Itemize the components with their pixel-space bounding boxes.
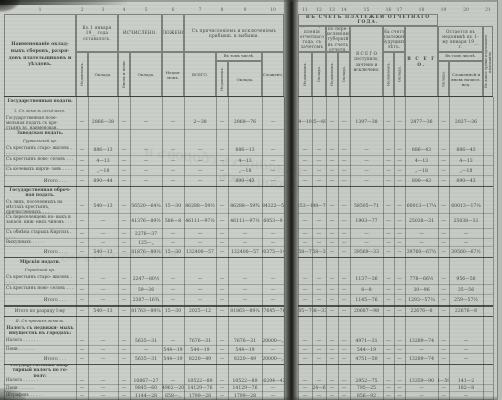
- table-cell: 1903—77: [350, 214, 383, 229]
- column-number: 12: [312, 7, 326, 13]
- row-label: Съ лицъ, поселенныхъ на мѣстахъ крестьян…: [4, 199, 76, 214]
- column-number: 17: [394, 7, 405, 13]
- table-cell: 60013—17¼: [405, 199, 438, 214]
- column-number: 13: [326, 7, 338, 13]
- header-sub-label: Недоимокъ.: [298, 52, 312, 97]
- table-cell: 586—8: [162, 214, 184, 229]
- column-number: 8: [216, 7, 228, 13]
- column-number: 1: [4, 7, 76, 13]
- table-cell: 25—60: [312, 115, 326, 130]
- table-cell: 2—38: [184, 115, 216, 130]
- header-sub-label: Вновь и пени.: [118, 52, 130, 97]
- table-cell: 60013—17¼: [449, 199, 483, 214]
- header-sub-label: Недоимокъ.: [383, 52, 394, 97]
- header-note: Въ томъ числѣ.: [438, 52, 483, 61]
- table-cell: —: [76, 199, 88, 214]
- table-cell: —: [88, 214, 118, 229]
- row-rule: [298, 306, 493, 307]
- binding-strip: [283, 0, 299, 400]
- header-sub-label: Недоимокъ.: [326, 52, 338, 97]
- table-cell: —: [76, 115, 88, 130]
- header-group-label: Исключено по пере- численіямъ губерній в…: [326, 26, 350, 52]
- table-cell: —: [394, 199, 405, 214]
- right-page-banner: ВЪ СЧЕТЪ ПЛАТЕЖЕЙ ОТЧЕТНАГО ГОДА.: [298, 14, 438, 26]
- column-number: 21: [483, 7, 493, 13]
- column-line: [493, 97, 494, 400]
- table-cell: 15—30: [162, 199, 184, 214]
- header-group-label: Остается въ недоимкѣ къ 1-му января 19__…: [438, 26, 483, 52]
- table-cell: 25038—31: [449, 214, 483, 229]
- row-rule: [298, 364, 493, 365]
- row-label: Государственный квар- тирный налогъ по г…: [4, 365, 76, 377]
- table-cell: —: [76, 214, 88, 229]
- table-cell: —: [162, 115, 184, 130]
- header-group-label: Поступило до насту- пленія отчетнаго год…: [298, 26, 326, 52]
- header-sub-label: Сложенной и вновь начисл. нед.: [449, 61, 483, 97]
- table-cell: [483, 214, 493, 229]
- header-sub-label: Оклада.: [228, 61, 262, 97]
- table-cell: 46111—97½: [184, 214, 216, 229]
- table-cell: —: [118, 199, 130, 214]
- table-cell: —: [216, 115, 228, 130]
- column-number: 5: [130, 7, 162, 13]
- table-cell: 2827—36: [449, 115, 483, 130]
- table-cell: [483, 115, 493, 130]
- row-label: Съ переселенцевъ но- выхъ и запасн. ниж-…: [4, 214, 76, 229]
- column-number: 20: [449, 7, 483, 13]
- header-sub-label: Оклада.: [438, 61, 449, 97]
- row-label: Государственная позе- мельная подать съ …: [4, 115, 76, 130]
- row-label: Государственныя подати.: [4, 97, 76, 107]
- table-cell: —: [438, 115, 449, 130]
- column-number: 6: [162, 7, 184, 13]
- row-label: I. Съ земель осѣдлыхъ.: [4, 107, 76, 115]
- table-cell: —: [216, 214, 228, 229]
- column-number: 9: [228, 7, 262, 13]
- column-number: 3: [88, 7, 118, 13]
- table-cell: —: [383, 199, 394, 214]
- table-cell: 6053—9: [262, 214, 284, 229]
- table-cell: 86288—59½: [184, 199, 216, 214]
- table-cell: —: [216, 199, 228, 214]
- header-group-label: Въ какіе сроки подлежитъ взысканію.: [483, 26, 493, 97]
- table-cell: —: [298, 214, 312, 229]
- table-cell: —: [118, 115, 130, 130]
- row-label: Мірскія подати.: [4, 258, 76, 267]
- table-cell: —: [326, 199, 338, 214]
- row-label: Налогъ съ недвижи- мыхъ имуществъ въ гор…: [4, 325, 76, 337]
- header-group-label: Съ причисленіемъ и исключеніемъ прибывш.…: [184, 14, 284, 52]
- table-cell: —: [326, 214, 338, 229]
- row-rule: [298, 129, 493, 130]
- table-cell: —: [394, 115, 405, 130]
- row-label: Городской кр.: [4, 267, 76, 274]
- header-sub-label: Оклада.: [312, 52, 326, 97]
- table-cell: 298—76: [312, 199, 326, 214]
- column-number: 7: [184, 7, 216, 13]
- table-cell: 84322—5: [262, 199, 284, 214]
- table-cell: 41376—89½: [130, 214, 162, 229]
- header-group-label: В С Е Г О поступило, зачтено и исключено…: [350, 26, 383, 97]
- table-cell: —: [383, 214, 394, 229]
- table-cell: —: [338, 199, 350, 214]
- header-sub-label: ВСЕГО.: [184, 52, 216, 97]
- header-sub-label: Оклада.: [88, 52, 118, 97]
- table-cell: —: [262, 115, 284, 130]
- header-sub-label: Сложено.: [262, 52, 284, 97]
- column-number: 19: [438, 7, 449, 13]
- header-rule: [4, 96, 284, 97]
- table-cell: —: [394, 214, 405, 229]
- column-number: 2: [76, 7, 88, 13]
- table-cell: [483, 199, 493, 214]
- scanned-ledger-spread: окладныхъ сборовъ и недоимокъ по Ташкент…: [0, 0, 502, 400]
- header-group-label: В С Е Г О.: [405, 26, 438, 97]
- column-number: 14: [338, 7, 350, 13]
- table-cell: 56520—64¼: [130, 199, 162, 214]
- table-cell: 25038—31: [405, 214, 438, 229]
- table-cell: 540—13: [88, 199, 118, 214]
- header-group-label: СЛОЖЕНО.: [162, 14, 184, 52]
- row-rule: [298, 257, 493, 258]
- table-cell: —: [438, 214, 449, 229]
- header-group-label: На счетъ платежей будущихъ лѣтъ.: [383, 26, 405, 52]
- column-number: 10: [262, 7, 284, 13]
- table-cell: —: [383, 115, 394, 130]
- column-number: 16: [383, 7, 394, 13]
- table-cell: —: [438, 199, 449, 214]
- table-cell: —: [130, 115, 162, 130]
- table-cell: 4—10: [298, 115, 312, 130]
- table-cell: 58505—71: [350, 199, 383, 214]
- table-cell: —: [338, 115, 350, 130]
- header-sub-label: Недои- мокъ.: [162, 52, 184, 97]
- header-group-label: ИСЧИСЛЕНО.: [118, 14, 162, 52]
- header-note: Въ томъ числѣ.: [216, 52, 262, 61]
- table-cell: —: [118, 214, 130, 229]
- row-label: Государственная оброч- ная подать.: [4, 187, 76, 199]
- table-cell: 1397—38: [350, 115, 383, 130]
- header-sub-label: Оклада.: [394, 52, 405, 97]
- column-number: 11: [298, 7, 312, 13]
- table-cell: 86288—59¾: [228, 199, 262, 214]
- table-cell: 46111—97½: [228, 214, 262, 229]
- row-label: Гурнальскій кр.: [4, 138, 76, 145]
- column-number: 18: [405, 7, 438, 13]
- row-label: II. Съ прочихъ земель.: [4, 317, 76, 325]
- header-sub-label: Недоимокъ.: [76, 52, 88, 97]
- table-cell: 2877—36: [405, 115, 438, 130]
- column-number: 15: [350, 7, 383, 13]
- table-cell: 253—1: [298, 199, 312, 214]
- header-rule: [298, 96, 493, 97]
- label-column-header: Наименованіе оклад- ныхъ сборовъ, разря-…: [4, 14, 76, 97]
- header-group-label: Къ 1 января 19__ года оставалось.: [76, 14, 118, 52]
- header-sub-label: Недоимокъ.: [216, 61, 228, 97]
- header-sub-label: Оклада.: [130, 52, 162, 97]
- row-label: Заводская подать.: [4, 130, 76, 138]
- table-cell: 2868—76: [228, 115, 262, 130]
- row-rule: [4, 306, 284, 307]
- table-cell: —: [312, 214, 326, 229]
- table-cell: —: [338, 214, 350, 229]
- ledger-table: 123456789101112131415161718192021Наимено…: [0, 0, 502, 400]
- table-cell: —: [326, 115, 338, 130]
- row-rule: [298, 316, 493, 317]
- row-rule: [298, 186, 493, 187]
- table-cell: 2866—38: [88, 115, 118, 130]
- column-number: 4: [118, 7, 130, 13]
- header-sub-label: Оклада.: [338, 52, 350, 97]
